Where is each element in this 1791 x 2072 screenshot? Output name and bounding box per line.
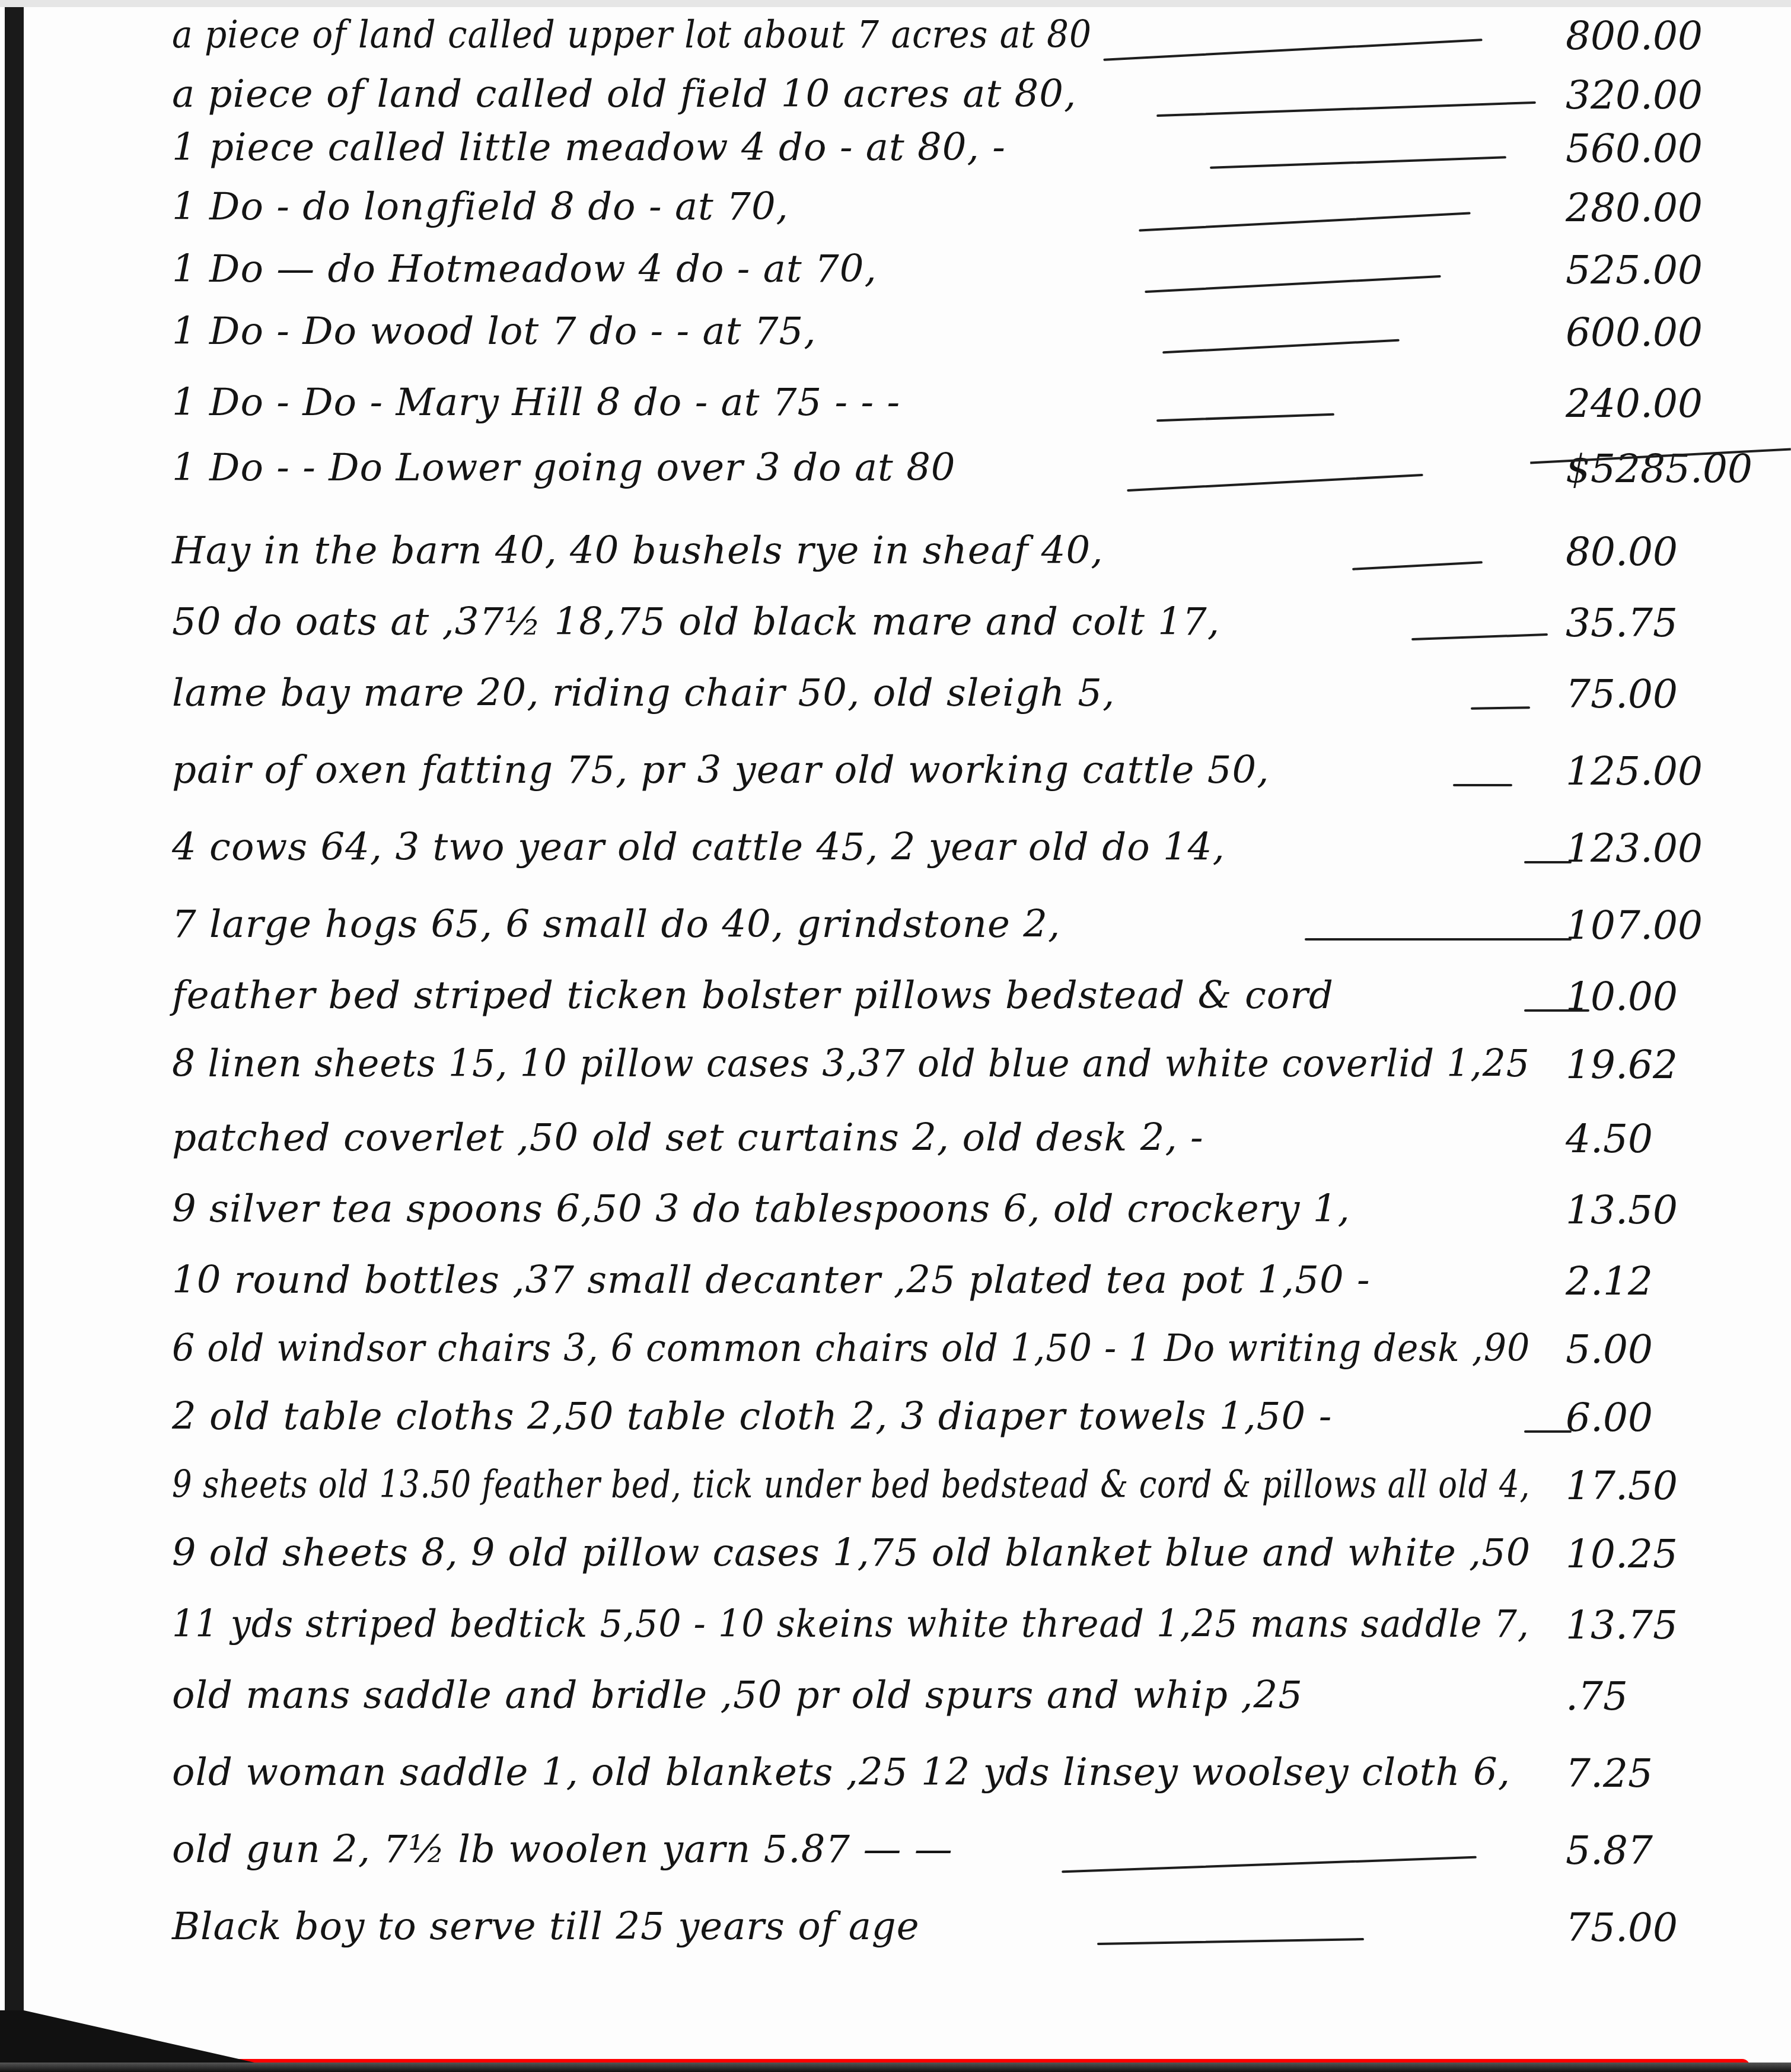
entry-description: 6 old windsor chairs 3, 6 common chairs …	[172, 1327, 1530, 1370]
entry-amount: 19.62	[1566, 1042, 1791, 1088]
leader-line	[1162, 339, 1400, 354]
leader-line	[1305, 938, 1572, 941]
entry-amount: 123.00	[1566, 825, 1791, 871]
entry-amount: 35.75	[1566, 600, 1791, 646]
entry-amount: 4.50	[1566, 1116, 1791, 1162]
inventory-entry: 1 Do - - Do Lower going over 3 do at 80 …	[24, 440, 1791, 529]
entry-amount: 75.00	[1566, 1905, 1791, 1950]
entry-amount: 10.25	[1566, 1531, 1791, 1577]
inventory-entry: old mans saddle and bridle ,50 pr old sp…	[24, 1668, 1791, 1757]
manuscript-page: a piece of land called upper lot about 7…	[24, 7, 1791, 2063]
leader-line	[1127, 474, 1423, 492]
entry-description: 9 silver tea spoons 6,50 3 do tablespoon…	[172, 1187, 1350, 1231]
scan-top-margin	[0, 0, 1791, 7]
leader-line	[1145, 275, 1441, 293]
entry-description: old mans saddle and bridle ,50 pr old sp…	[172, 1673, 1303, 1717]
leader-line	[1156, 413, 1334, 422]
inventory-entry: lame bay mare 20, riding chair 50, old s…	[24, 665, 1791, 754]
entry-amount: 125.00	[1566, 748, 1791, 794]
entry-description: 1 Do - Do - Mary Hill 8 do - at 75 - - -	[172, 381, 900, 425]
entry-amount: 5.87	[1566, 1828, 1791, 1873]
entry-description: a piece of land called upper lot about 7…	[172, 13, 1092, 57]
entry-amount: 17.50	[1566, 1463, 1791, 1509]
leader-line	[1097, 1938, 1364, 1945]
entry-description: old woman saddle 1, old blankets ,25 12 …	[172, 1751, 1510, 1794]
entry-amount: 5.00	[1566, 1327, 1791, 1372]
inventory-entry: pair of oxen fatting 75, pr 3 year old w…	[24, 742, 1791, 831]
entry-amount: 10.00	[1566, 974, 1791, 1019]
entry-description: 1 Do — do Hotmeadow 4 do - at 70,	[172, 247, 877, 291]
entry-amount: 600.00	[1566, 310, 1791, 355]
entry-amount: 75.00	[1566, 671, 1791, 717]
entry-description: 1 Do - - Do Lower going over 3 do at 80	[172, 446, 956, 490]
leader-line	[1352, 561, 1483, 570]
entry-amount: 13.75	[1566, 1602, 1791, 1648]
scan-bottom-shadow	[0, 2063, 1791, 2072]
entry-amount: 107.00	[1566, 903, 1791, 948]
leader-line	[1524, 861, 1572, 863]
leader-line	[1156, 101, 1536, 117]
entry-description: 7 large hogs 65, 6 small do 40, grindsto…	[172, 903, 1060, 946]
entry-amount: 6.00	[1566, 1395, 1791, 1440]
leader-line	[1103, 39, 1482, 60]
entry-amount: 7.25	[1566, 1751, 1791, 1796]
entry-description: lame bay mare 20, riding chair 50, old s…	[172, 671, 1115, 715]
entry-amount: 800.00	[1566, 13, 1791, 59]
leader-line	[1524, 1430, 1572, 1433]
entry-amount: $5285.00	[1566, 446, 1791, 492]
inventory-entry: old woman saddle 1, old blankets ,25 12 …	[24, 1745, 1791, 1834]
entry-description: 9 sheets old 13.50 feather bed, tick und…	[172, 1463, 1530, 1507]
entry-description: 9 old sheets 8, 9 old pillow cases 1,75 …	[172, 1531, 1531, 1575]
entry-amount: 13.50	[1566, 1187, 1791, 1233]
leader-line	[1139, 212, 1470, 231]
inventory-entry: Black boy to serve till 25 years of age …	[24, 1899, 1791, 1988]
inventory-entry: old gun 2, 7½ lb woolen yarn 5.87 — — 5.…	[24, 1822, 1791, 1911]
entry-amount: 2.12	[1566, 1258, 1791, 1304]
entry-description: feather bed striped ticken bolster pillo…	[172, 974, 1334, 1018]
entry-description: patched coverlet ,50 old set curtains 2,…	[172, 1116, 1204, 1160]
leader-line	[1471, 706, 1530, 710]
entry-description: 8 linen sheets 15, 10 pillow cases 3,37 …	[172, 1042, 1530, 1086]
entry-description: 1 Do - Do wood lot 7 do - - at 75,	[172, 310, 816, 353]
entry-amount: .75	[1566, 1673, 1791, 1719]
inventory-entry: 4 cows 64, 3 two year old cattle 45, 2 y…	[24, 820, 1791, 909]
entry-description: 2 old table cloths 2,50 table cloth 2, 3…	[172, 1395, 1332, 1439]
entry-description: pair of oxen fatting 75, pr 3 year old w…	[172, 748, 1270, 792]
entry-description: 1 piece called little meadow 4 do - at 8…	[172, 126, 1006, 170]
entry-amount: 280.00	[1566, 185, 1791, 231]
entry-amount: 80.00	[1566, 529, 1791, 575]
entry-description: 4 cows 64, 3 two year old cattle 45, 2 y…	[172, 825, 1225, 869]
entry-amount: 240.00	[1566, 381, 1791, 426]
leader-line	[1210, 156, 1506, 168]
entry-amount: 525.00	[1566, 247, 1791, 293]
entry-description: 10 round bottles ,37 small decanter ,25 …	[172, 1258, 1371, 1302]
entry-description: Black boy to serve till 25 years of age	[172, 1905, 920, 1949]
entry-description: a piece of land called old field 10 acre…	[172, 72, 1076, 116]
entry-description: 11 yds striped bedtick 5,50 - 10 skeins …	[172, 1602, 1529, 1646]
leader-line	[1453, 784, 1512, 786]
entry-description: 50 do oats at ,37½ 18,75 old black mare …	[172, 600, 1220, 644]
entry-description: old gun 2, 7½ lb woolen yarn 5.87 — —	[172, 1828, 953, 1872]
entry-description: 1 Do - do longfield 8 do - at 70,	[172, 185, 789, 229]
scan-binding-edge	[5, 7, 24, 2035]
entry-amount: 560.00	[1566, 126, 1791, 171]
leader-line	[1062, 1856, 1477, 1873]
leader-line	[1411, 633, 1548, 640]
entry-amount: 320.00	[1566, 72, 1791, 118]
entry-description: Hay in the barn 40, 40 bushels rye in sh…	[172, 529, 1104, 573]
